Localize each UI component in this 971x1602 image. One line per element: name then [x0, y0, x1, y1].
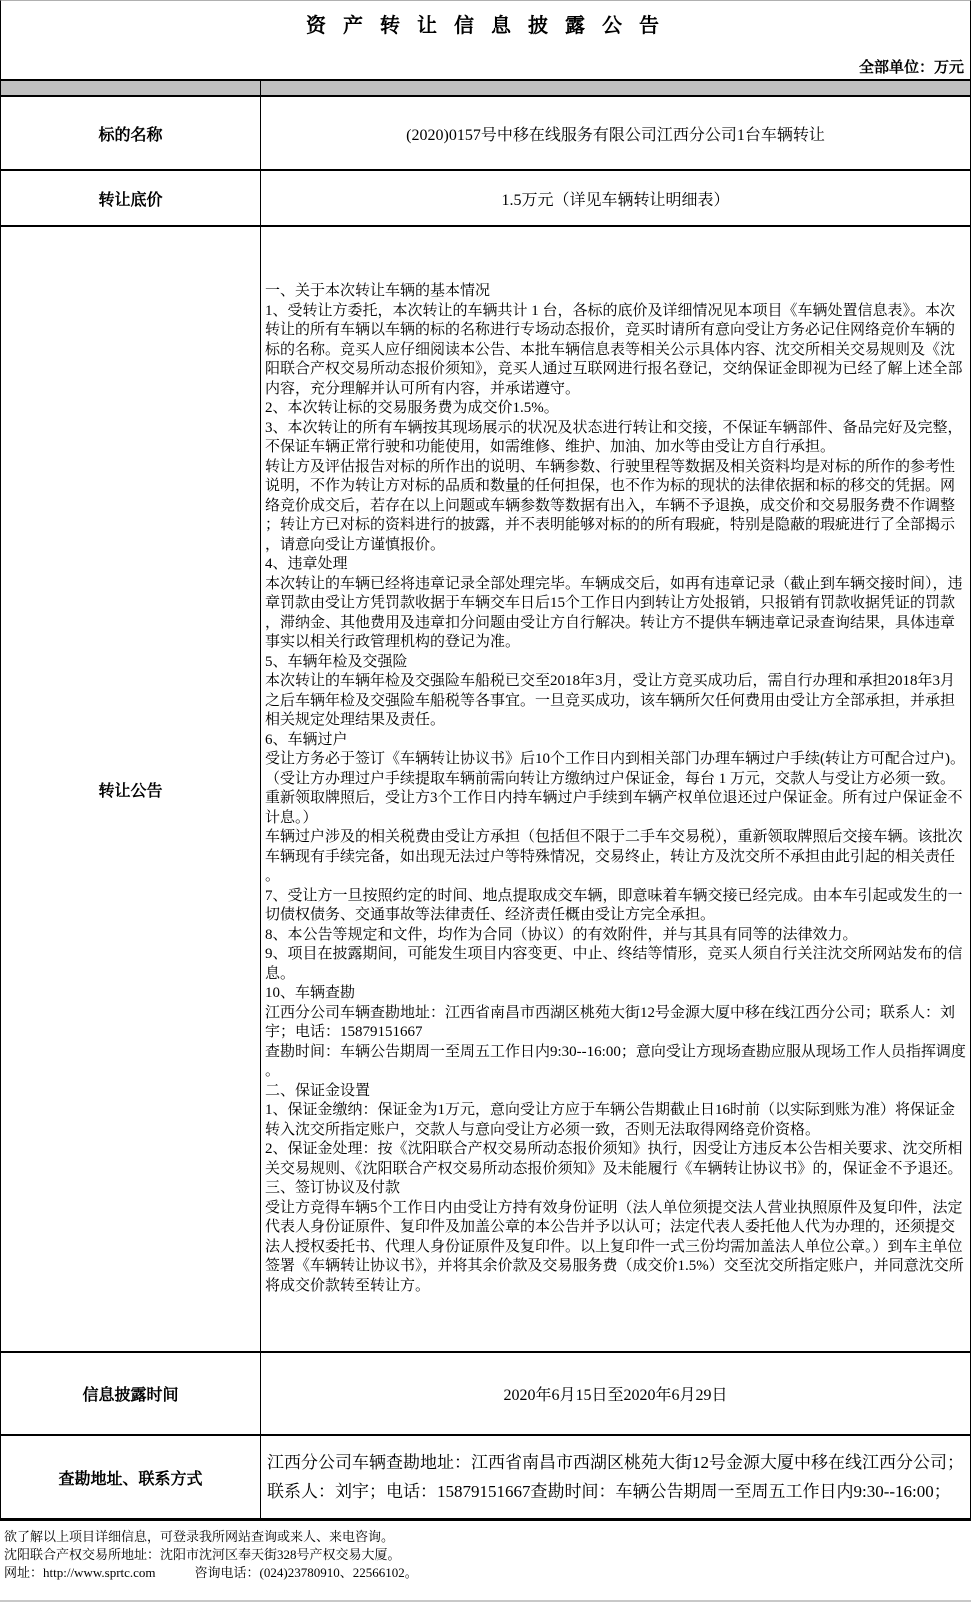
announcement-paragraph: 6、车辆过户 [265, 731, 966, 751]
notice-label: 转让公告 [1, 227, 261, 1351]
disclosure-label: 信息披露时间 [1, 1353, 261, 1434]
announcement-paragraph: 9、项目在披露期间，可能发生项目内容变更、中止、终结等情形，竞买人须自行关注沈交… [265, 945, 966, 984]
announcement-paragraph: 二、保证金设置 [265, 1082, 966, 1102]
announcement-page: 资 产 转 让 信 息 披 露 公 告 全部单位：万元 标的名称 (2020)0… [0, 0, 971, 1602]
announcement-paragraph: 10、车辆查勘 [265, 984, 966, 1004]
page-title: 资 产 转 让 信 息 披 露 公 告 [1, 1, 970, 38]
announcement-paragraph: 3、本次转让的所有车辆按其现场展示的状况及状态进行转让和交接，不保证车辆部件、备… [265, 419, 966, 458]
announcement-paragraph: 2、保证金处理：按《沈阳联合产权交易所动态报价须知》执行，因受让方违反本公告相关… [265, 1140, 966, 1179]
announcement-paragraph: 转让方及评估报告对标的所作出的说明、车辆参数、行驶里程等数据及相关资料均是对标的… [265, 458, 966, 556]
announcement-paragraph: 江西分公司车辆查勘地址：江西省南昌市西湖区桃苑大街12号金源大厦中移在线江西分公… [265, 1004, 966, 1043]
table-row-price: 转让底价 1.5万元（详见车辆转让明细表） [1, 171, 970, 227]
announcement-paragraph: 1、保证金缴纳：保证金为1万元，意向受让方应于车辆公告期截止日16时前（以实际到… [265, 1101, 966, 1140]
announcement-paragraph: 车辆过户涉及的相关税费由受让方承担（包括但不限于二手车交易税），重新领取牌照后交… [265, 828, 966, 887]
announcement-paragraph: 三、签订协议及付款 [265, 1179, 966, 1199]
footer-line-website-phone: 网址：http://www.sprtc.com 咨询电话：(024)237809… [4, 1564, 967, 1582]
announcement-paragraph: 4、违章处理 [265, 555, 966, 575]
announcement-paragraph: 2、本次转让标的交易服务费为成交价1.5%。 [265, 399, 966, 419]
announcement-paragraph: 本次转让的车辆已经将违章记录全部处理完毕。车辆成交后，如再有违章记录（截止到车辆… [265, 575, 966, 653]
bordered-document: 资 产 转 让 信 息 披 露 公 告 全部单位：万元 标的名称 (2020)0… [0, 0, 971, 1521]
table-row-disclosure: 信息披露时间 2020年6月15日至2020年6月29日 [1, 1353, 970, 1436]
unit-note: 全部单位：万元 [859, 56, 964, 77]
contact-value: 江西分公司车辆查勘地址：江西省南昌市西湖区桃苑大街12号金源大厦中移在线江西分公… [261, 1436, 970, 1518]
table-row-subject: 标的名称 (2020)0157号中移在线服务有限公司江西分公司1台车辆转让 [1, 97, 970, 171]
announcement-text: 一、关于本次转让车辆的基本情况1、受转让方委托，本次转让的车辆共计 1 台，各标… [265, 282, 966, 1296]
announcement-paragraph: 本次转让的车辆年检及交强险车船税已交至2018年3月，受让方竞买成功后，需自行办… [265, 672, 966, 731]
table-row-contact: 查勘地址、联系方式 江西分公司车辆查勘地址：江西省南昌市西湖区桃苑大街12号金源… [1, 1436, 970, 1521]
footer-line-address: 沈阳联合产权交易所地址：沈阳市沈河区奉天街328号产权交易大厦。 [4, 1546, 967, 1564]
table-header-band [1, 79, 970, 97]
announcement-paragraph: 8、本公告等规定和文件，均作为合同（协议）的有效附件，并与其具有同等的法律效力。 [265, 926, 966, 946]
table-row-notice: 转让公告 一、关于本次转让车辆的基本情况1、受转让方委托，本次转让的车辆共计 1… [1, 227, 970, 1353]
header-band-cell-right [261, 81, 970, 95]
disclosure-value: 2020年6月15日至2020年6月29日 [261, 1353, 970, 1434]
title-area: 资 产 转 让 信 息 披 露 公 告 全部单位：万元 [1, 1, 970, 79]
footer-line-info: 欲了解以上项目详细信息，可登录我所网站查询或来人、来电咨询。 [4, 1528, 967, 1546]
price-value: 1.5万元（详见车辆转让明细表） [261, 171, 970, 225]
subject-label: 标的名称 [1, 97, 261, 169]
contact-label: 查勘地址、联系方式 [1, 1436, 261, 1518]
price-label: 转让底价 [1, 171, 261, 225]
announcement-paragraph: 5、车辆年检及交强险 [265, 653, 966, 673]
announcement-paragraph: 7、受让方一旦按照约定的时间、地点提取成交车辆，即意味着车辆交接已经完成。由本车… [265, 887, 966, 926]
notice-cell: 一、关于本次转让车辆的基本情况1、受转让方委托，本次转让的车辆共计 1 台，各标… [261, 227, 970, 1351]
announcement-paragraph: 查勘时间：车辆公告期周一至周五工作日内9:30--16:00；意向受让方现场查勘… [265, 1043, 966, 1082]
subject-value: (2020)0157号中移在线服务有限公司江西分公司1台车辆转让 [261, 97, 970, 169]
footer: 欲了解以上项目详细信息，可登录我所网站查询或来人、来电咨询。 沈阳联合产权交易所… [0, 1521, 971, 1582]
announcement-paragraph: 一、关于本次转让车辆的基本情况 [265, 282, 966, 302]
announcement-paragraph: 受让方务必于签订《车辆转让协议书》后10个工作日内到相关部门办理车辆过户手续(转… [265, 750, 966, 828]
header-band-cell-left [1, 81, 261, 95]
announcement-paragraph: 1、受转让方委托，本次转让的车辆共计 1 台，各标的底价及详细情况见本项目《车辆… [265, 302, 966, 400]
announcement-paragraph: 受让方竞得车辆5个工作日内由受让方持有效身份证明（法人单位须提交法人营业执照原件… [265, 1199, 966, 1297]
